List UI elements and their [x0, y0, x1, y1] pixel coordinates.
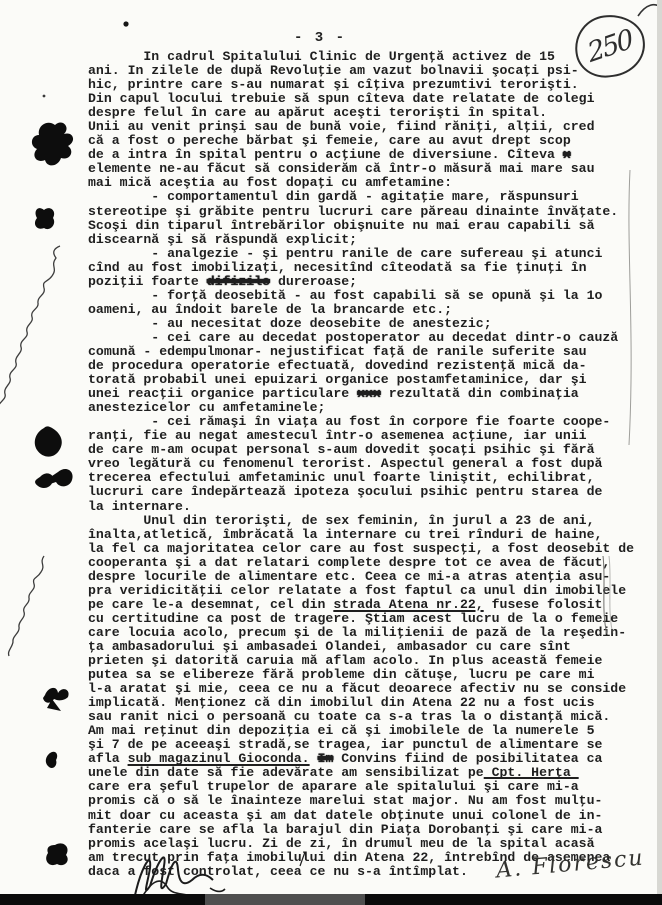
text-line: afla sub magazinul Gioconda. Im Convins …: [88, 752, 634, 766]
margin-handwritten-note: [9, 556, 44, 656]
text-line: cooperanta şi a dat relatari complete de…: [88, 556, 634, 570]
margin-handwritten-note: [0, 246, 60, 472]
text-line: Unii au venit prinşi sau de bună voie, f…: [88, 120, 634, 134]
text-line: vreo legătură cu fenomenul terorist. Asp…: [88, 457, 634, 471]
text-line: ranţi, fie au negat amestecul într-o ase…: [88, 429, 634, 443]
scanned-document-page: - 3 - 250 In cadrul Spitalului Clinic de…: [0, 0, 662, 905]
text-line: hic, printre care s-au numarat şi cîţiva…: [88, 78, 634, 92]
text-line: - comportamentul din gardă - agitaţie ma…: [88, 190, 634, 204]
text-line: torată probabil unei epuizari organice p…: [88, 373, 634, 387]
document-body: In cadrul Spitalului Clinic de Urgenţă a…: [88, 50, 634, 879]
text-line: prieten şi datorită caruia mă aflam acol…: [88, 654, 634, 668]
ink-speck: [43, 95, 46, 98]
ink-blot: [43, 688, 69, 711]
scan-edge-right: [657, 0, 662, 905]
text-line: In cadrul Spitalului Clinic de Urgenţă a…: [88, 50, 634, 64]
text-line: Unul din terorişti, de sex feminin, în j…: [88, 514, 634, 528]
text-line: Din capul locului trebuie să spun cîteva…: [88, 92, 634, 106]
text-line: elemente ne-au făcut să considerăm că în…: [88, 162, 634, 176]
ink-blot: [46, 843, 68, 865]
text-line: lucruri care îndepărtează ipoteza şoculu…: [88, 485, 634, 499]
text-line: anestezicelor cu amfetaminele;: [88, 401, 634, 415]
text-line: sau ranit nici o persoană cu toate ca s-…: [88, 710, 634, 724]
text-line: - forţă deosebită - au fost capabili să …: [88, 289, 634, 303]
text-line: trecerea efectului amfetaminic unul foar…: [88, 471, 634, 485]
text-line: - analgezie - şi pentru ranile de care s…: [88, 247, 634, 261]
text-line: înalta,atletică, îmbrăcată la internare …: [88, 528, 634, 542]
text-line: cînd au fost imobilizaţi, necesitînd cît…: [88, 261, 634, 275]
text-line: că a fost o pereche bărbat şi femeie, ca…: [88, 134, 634, 148]
text-line: l-a aratat şi mie, ceea ce nu a făcut de…: [88, 682, 634, 696]
text-line: pra veridicităţii celor relatate a fost …: [88, 584, 634, 598]
ink-blot: [32, 122, 73, 165]
text-line: unei reacţii organice particulare xxx re…: [88, 387, 634, 401]
text-line: fanterie care se afla la barajul din Pia…: [88, 823, 634, 837]
scan-edge-bottom-light: [205, 894, 365, 905]
text-line: la fel ca majoritatea celor care au fost…: [88, 542, 634, 556]
text-line: mai mică aceştia au fost dopaţi cu amfet…: [88, 176, 634, 190]
ink-blot: [35, 469, 72, 488]
text-line: discearnă şi să răspundă explicit;: [88, 233, 634, 247]
text-line: - cei rămaşi în viaţa au fost în corpore…: [88, 415, 634, 429]
text-line: şi 7 de pe aceeaşi stradă,se tragea, iar…: [88, 738, 634, 752]
text-line: - cei care au decedat postoperator au de…: [88, 331, 634, 345]
text-line: de procedura operatorie efectuată, doved…: [88, 359, 634, 373]
text-line: ani. In zilele de după Revoluţie am vazu…: [88, 64, 634, 78]
ink-blot: [46, 752, 57, 768]
text-line: comună - edempulmonar- nejustificat faţă…: [88, 345, 634, 359]
text-line: oameni, au îndoit barele de la brancarde…: [88, 303, 634, 317]
text-line: implicată. Menţionez că din imobilul din…: [88, 696, 634, 710]
text-line: poziţii foarte difizile dureroase;: [88, 275, 634, 289]
ink-blot: [35, 208, 54, 229]
page-number: - 3 -: [294, 30, 346, 46]
text-line: la internare.: [88, 500, 634, 514]
text-line: Am mai reţinut din depoziţia ei că şi im…: [88, 724, 634, 738]
text-line: despre locurile de alimentare etc. Ceea …: [88, 570, 634, 584]
text-line: despre felul în care au apărut aceşti te…: [88, 106, 634, 120]
text-line: stereotipe şi grăbite pentru lucruri car…: [88, 205, 634, 219]
text-line: pe care le-a desemnat, cel din strada At…: [88, 598, 634, 612]
ink-speck: [123, 21, 128, 26]
text-line: Scoşi din tiparul întrebărilor obişnuite…: [88, 219, 634, 233]
text-line: - au necesitat doze deosebite de anestez…: [88, 317, 634, 331]
text-line: ţa ambasadorului şi ambasadei Olandei, a…: [88, 640, 634, 654]
text-line: de a intra în spital pentru o acţiune de…: [88, 148, 634, 162]
text-line: de care m-am ocupat personal s-aum doved…: [88, 443, 634, 457]
text-line: promis acelaşi lucru. Zi de zi, în drumu…: [88, 837, 634, 851]
scan-edge-bottom: [0, 894, 662, 905]
text-line: cu certitudine ca post de tragere. Ştiam…: [88, 612, 634, 626]
text-line: putea sa se elibereze fără probleme din …: [88, 668, 634, 682]
text-line: care locuia acolo, precum şi de la miliţ…: [88, 626, 634, 640]
text-line: care era şeful trupelor de aparare ale s…: [88, 780, 634, 794]
text-line: promis că o să le înainteze marelui stat…: [88, 794, 634, 808]
ink-blot: [35, 426, 62, 456]
text-line: mit doar cu aceasta şi am dat datele obţ…: [88, 809, 634, 823]
